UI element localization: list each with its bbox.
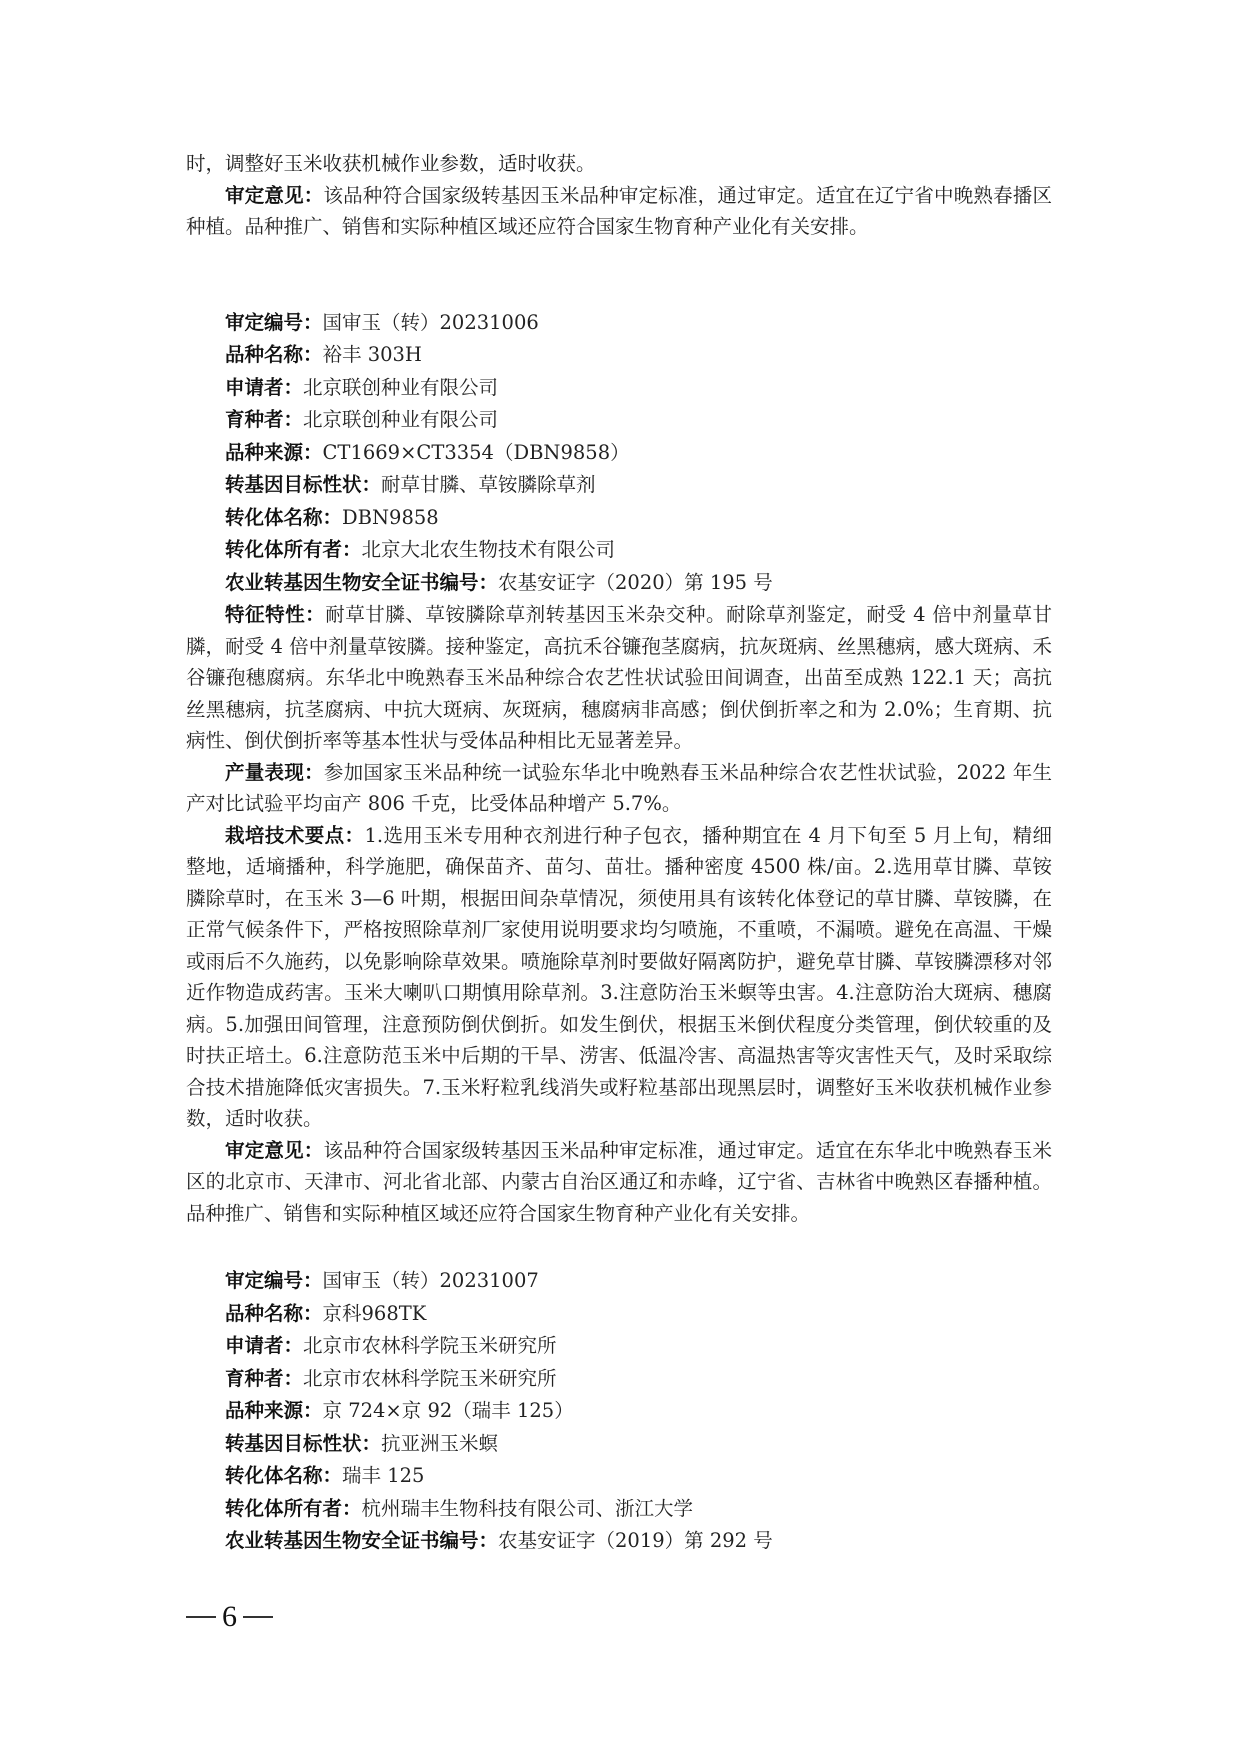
- biosafety-certificate-label: 农业转基因生物安全证书编号：: [225, 571, 498, 594]
- yield-label: 产量表现：: [225, 761, 324, 784]
- approval-number-value: 国审玉（转）20231006: [323, 311, 539, 334]
- applicant-value: 北京联创种业有限公司: [303, 376, 498, 399]
- applicant-field: 申请者：北京市农林科学院玉米研究所: [186, 1330, 1052, 1363]
- breeder-label: 育种者：: [225, 408, 303, 431]
- event-name-label: 转化体名称：: [225, 506, 342, 529]
- cultivation-tail-text: 时，调整好玉米收获机械作业参数，适时收获。: [186, 148, 1052, 180]
- target-trait-value: 耐草甘膦、草铵膦除草剂: [381, 473, 596, 496]
- biosafety-certificate-label: 农业转基因生物安全证书编号：: [225, 1529, 498, 1552]
- applicant-label: 申请者：: [225, 376, 303, 399]
- event-name-value: 瑞丰 125: [342, 1464, 424, 1487]
- target-trait-field: 转基因目标性状：耐草甘膦、草铵膦除草剂: [186, 469, 1052, 502]
- biosafety-certificate-field: 农业转基因生物安全证书编号：农基安证字（2019）第 292 号: [186, 1525, 1052, 1558]
- characteristics-label: 特征特性：: [225, 603, 325, 626]
- variety-name-value: 京科968TK: [323, 1302, 427, 1325]
- left-dash-decoration: [186, 1616, 216, 1618]
- applicant-value: 北京市农林科学院玉米研究所: [303, 1334, 557, 1357]
- event-owner-value: 北京大北农生物技术有限公司: [362, 538, 616, 561]
- document-page: 时，调整好玉米收获机械作业参数，适时收获。 审定意见：该品种符合国家级转基因玉米…: [186, 148, 1052, 1558]
- variety-source-field: 品种来源：CT1669×CT3354（DBN9858）: [186, 437, 1052, 470]
- breeder-label: 育种者：: [225, 1367, 303, 1390]
- biosafety-certificate-value: 农基安证字（2019）第 292 号: [498, 1529, 773, 1552]
- cultivation-paragraph: 栽培技术要点：1.选用玉米专用种衣剂进行种子包衣，播种期宜在 4 月下旬至 5 …: [186, 820, 1052, 1135]
- variety-source-label: 品种来源：: [225, 441, 323, 464]
- variety-source-value: 京 724×京 92（瑞丰 125）: [323, 1399, 574, 1422]
- event-owner-field: 转化体所有者：杭州瑞丰生物科技有限公司、浙江大学: [186, 1493, 1052, 1526]
- target-trait-value: 抗亚洲玉米螟: [381, 1432, 498, 1455]
- approval-number-label: 审定编号：: [225, 1269, 323, 1292]
- breeder-field: 育种者：北京联创种业有限公司: [186, 404, 1052, 437]
- approval-opinion-label: 审定意见：: [225, 184, 323, 207]
- characteristics-paragraph: 特征特性：耐草甘膦、草铵膦除草剂转基因玉米杂交种。耐除草剂鉴定，耐受 4 倍中剂…: [186, 599, 1052, 757]
- variety-record-20231007: 审定编号：国审玉（转）20231007 品种名称：京科968TK 申请者：北京市…: [186, 1265, 1052, 1558]
- approval-number-field: 审定编号：国审玉（转）20231006: [186, 307, 1052, 340]
- approval-number-value: 国审玉（转）20231007: [323, 1269, 539, 1292]
- applicant-field: 申请者：北京联创种业有限公司: [186, 372, 1052, 405]
- section-spacer: [186, 243, 1052, 307]
- approval-opinion-paragraph: 审定意见：该品种符合国家级转基因玉米品种审定标准，通过审定。适宜在东华北中晚熟春…: [186, 1135, 1052, 1230]
- event-name-field: 转化体名称：DBN9858: [186, 502, 1052, 535]
- page-number: 6: [222, 1600, 237, 1634]
- variety-source-field: 品种来源：京 724×京 92（瑞丰 125）: [186, 1395, 1052, 1428]
- variety-source-value: CT1669×CT3354（DBN9858）: [323, 441, 630, 464]
- event-name-label: 转化体名称：: [225, 1464, 342, 1487]
- previous-record-continuation: 时，调整好玉米收获机械作业参数，适时收获。 审定意见：该品种符合国家级转基因玉米…: [186, 148, 1052, 243]
- event-owner-label: 转化体所有者：: [225, 1497, 362, 1520]
- target-trait-label: 转基因目标性状：: [225, 473, 381, 496]
- approval-number-field: 审定编号：国审玉（转）20231007: [186, 1265, 1052, 1298]
- variety-name-label: 品种名称：: [225, 343, 323, 366]
- section-spacer: [186, 1229, 1052, 1265]
- variety-name-field: 品种名称：裕丰 303H: [186, 339, 1052, 372]
- variety-name-value: 裕丰 303H: [323, 343, 422, 366]
- variety-name-label: 品种名称：: [225, 1302, 323, 1325]
- cultivation-text: 1.选用玉米专用种衣剂进行种子包衣，播种期宜在 4 月下旬至 5 月上旬，精细整…: [186, 824, 1052, 1131]
- variety-name-field: 品种名称：京科968TK: [186, 1298, 1052, 1331]
- event-name-field: 转化体名称：瑞丰 125: [186, 1460, 1052, 1493]
- variety-record-20231006: 审定编号：国审玉（转）20231006 品种名称：裕丰 303H 申请者：北京联…: [186, 307, 1052, 1230]
- approval-number-label: 审定编号：: [225, 311, 323, 334]
- breeder-value: 北京联创种业有限公司: [303, 408, 498, 431]
- applicant-label: 申请者：: [225, 1334, 303, 1357]
- biosafety-certificate-value: 农基安证字（2020）第 195 号: [498, 571, 773, 594]
- approval-opinion-paragraph: 审定意见：该品种符合国家级转基因玉米品种审定标准，通过审定。适宜在辽宁省中晚熟春…: [186, 180, 1052, 243]
- approval-opinion-label: 审定意见：: [225, 1139, 323, 1162]
- page-number-footer: 6: [186, 1600, 273, 1634]
- right-dash-decoration: [243, 1616, 273, 1618]
- event-owner-field: 转化体所有者：北京大北农生物技术有限公司: [186, 534, 1052, 567]
- breeder-value: 北京市农林科学院玉米研究所: [303, 1367, 557, 1390]
- event-owner-value: 杭州瑞丰生物科技有限公司、浙江大学: [362, 1497, 694, 1520]
- cultivation-label: 栽培技术要点：: [225, 824, 364, 847]
- target-trait-label: 转基因目标性状：: [225, 1432, 381, 1455]
- event-owner-label: 转化体所有者：: [225, 538, 362, 561]
- biosafety-certificate-field: 农业转基因生物安全证书编号：农基安证字（2020）第 195 号: [186, 567, 1052, 600]
- yield-paragraph: 产量表现：参加国家玉米品种统一试验东华北中晚熟春玉米品种综合农艺性状试验，202…: [186, 757, 1052, 820]
- target-trait-field: 转基因目标性状：抗亚洲玉米螟: [186, 1428, 1052, 1461]
- event-name-value: DBN9858: [342, 506, 439, 529]
- breeder-field: 育种者：北京市农林科学院玉米研究所: [186, 1363, 1052, 1396]
- variety-source-label: 品种来源：: [225, 1399, 323, 1422]
